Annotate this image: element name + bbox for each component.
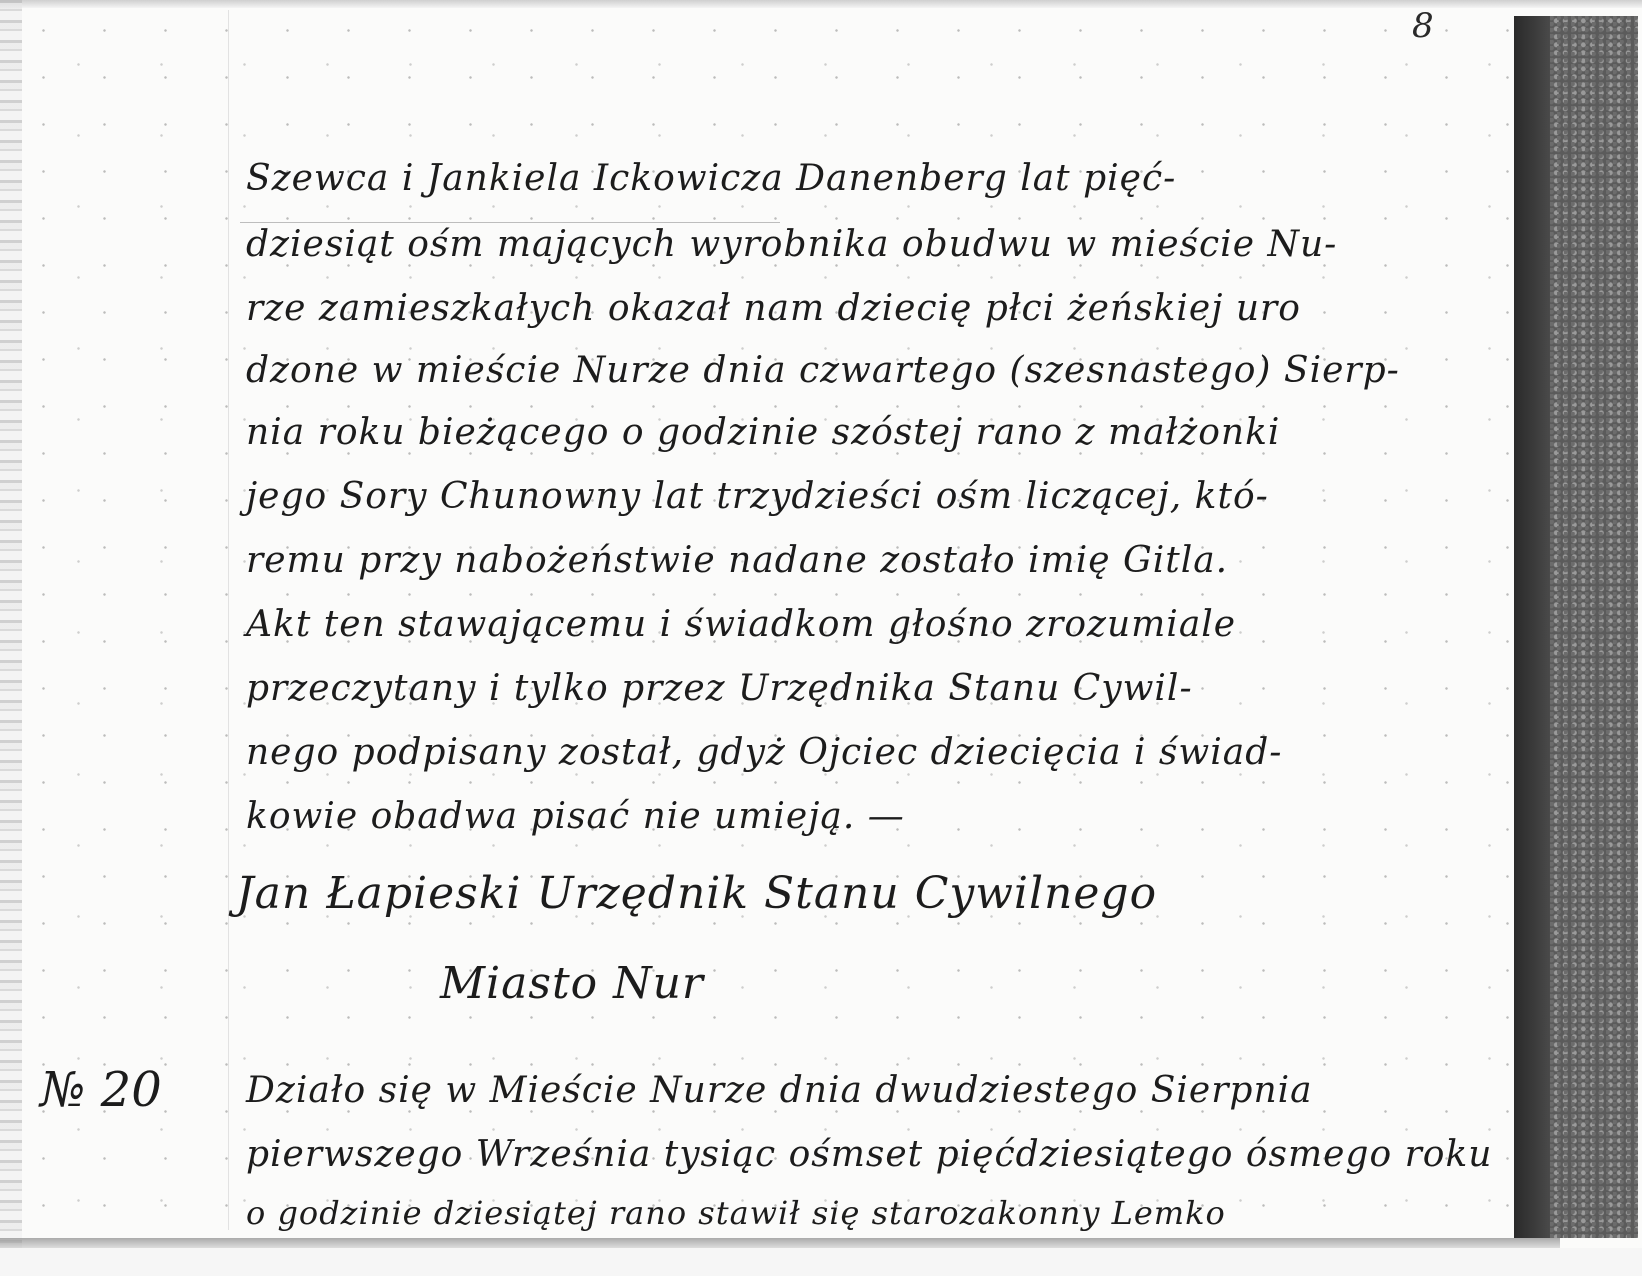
record-line: o godzinie dziesiątej rano stawił się st… [246,1194,1226,1232]
record-line: przeczytany i tylko przez Urzędnika Stan… [246,668,1193,709]
record-line: pierwszego Września tysiąc ośmset pięćdz… [246,1134,1492,1175]
record-line: nia roku bieżącego o godzinie szóstej ra… [246,412,1280,453]
page-bottom-edge [0,1238,1560,1248]
book-binding-cover [1550,16,1638,1238]
scan-bottom-strip [0,1248,1642,1276]
page-left-edge [0,0,22,1276]
record-line: kowie obadwa pisać nie umieją. — [246,796,905,837]
record-line: Akt ten stawającemu i świadkom głośno zr… [246,604,1236,645]
record-line: dzone w mieście Nurze dnia czwartego (sz… [246,350,1400,391]
record-line: Działo się w Mieście Nurze dnia dwudzies… [246,1070,1313,1111]
town-name: Miasto Nur [440,958,704,1009]
record-line: jego Sory Chunowny lat trzydzieści ośm l… [246,476,1269,517]
margin-rule [228,10,229,1230]
page-number: 8 [1412,6,1434,46]
ruled-guide-line [240,222,780,223]
record-line: dziesiąt ośm mających wyrobnika obudwu w… [246,224,1337,265]
record-line: nego podpisany został, gdyż Ojciec dziec… [246,732,1282,773]
record-line: Szewca i Jankiela Ickowicza Danenberg la… [246,158,1176,199]
book-binding-shadow [1514,16,1550,1238]
registrar-signature: Jan Łapieski Urzędnik Stanu Cywilnego [236,868,1157,919]
entry-number: № 20 [40,1062,162,1118]
record-line: remu przy nabożeństwie nadane zostało im… [246,540,1228,581]
record-line: rze zamieszkałych okazał nam dziecię płc… [246,288,1301,329]
page-top-edge [0,0,1642,8]
